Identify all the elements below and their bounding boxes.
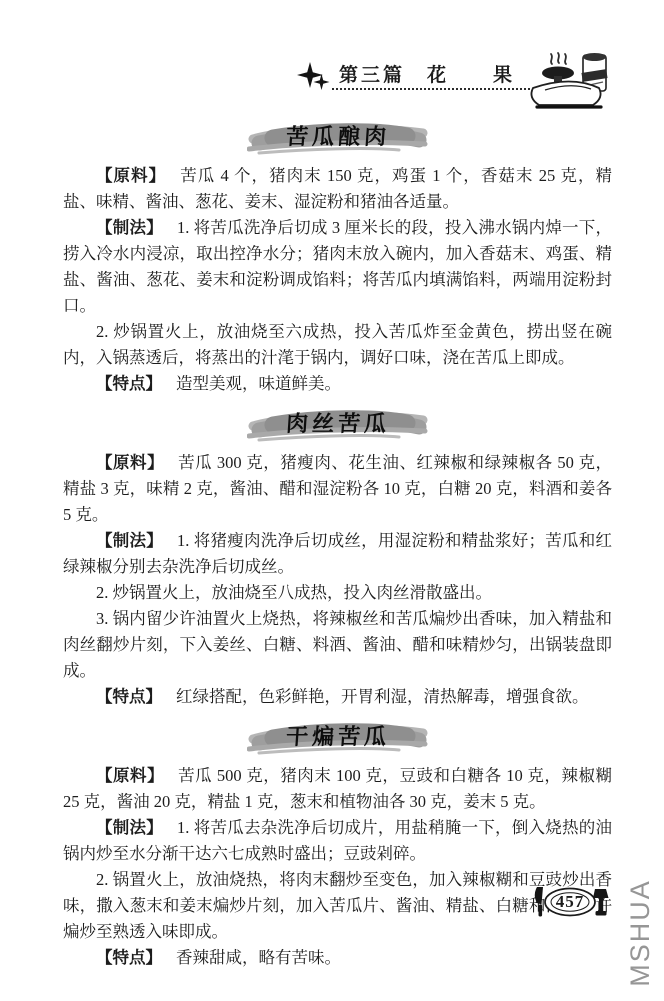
features-paragraph: 【特点】造型美观，味道鲜美。 xyxy=(63,371,612,397)
page-content: 第三篇 花 果 xyxy=(0,0,664,971)
recipe-section: 肉丝苦瓜 【原料】苦瓜 300 克，猪瘦肉、花生油、红辣椒和绿辣椒各 50 克，… xyxy=(63,406,612,710)
paragraph-text: 2. 炒锅置火上，放油烧至八成热，投入肉丝滑散盛出。 xyxy=(96,583,492,602)
ingredients-paragraph: 【原料】苦瓜 4 个，猪肉末 150 克，鸡蛋 1 个，香菇末 25 克，精盐、… xyxy=(63,163,612,215)
recipe-title: 肉丝苦瓜 xyxy=(245,406,430,444)
section-label: 【制法】 xyxy=(96,532,163,550)
method-paragraph: 2. 锅置火上，放油烧热，将肉末翻炒至变色，加入辣椒糊和豆豉炒出香味，撒入葱末和… xyxy=(63,867,612,945)
recipe-title-banner: 苦瓜酿肉 xyxy=(247,119,429,157)
book-page: 第三篇 花 果 xyxy=(0,0,664,1001)
method-paragraph: 【制法】1. 将苦瓜洗净后切成 3 厘米长的段，投入沸水锅内焯一下，捞入冷水内浸… xyxy=(63,215,612,319)
section-label: 【原料】 xyxy=(96,767,164,785)
page-number: 457 xyxy=(545,892,595,912)
ingredients-paragraph: 【原料】苦瓜 500 克，猪肉末 100 克，豆豉和白糖各 10 克，辣椒糊 2… xyxy=(63,763,612,815)
recipe-title: 干煸苦瓜 xyxy=(245,719,430,757)
features-paragraph: 【特点】红绿搭配，色彩鲜艳，开胃利湿，清热解毒，增强食欲。 xyxy=(63,684,612,710)
chapter-header: 第三篇 花 果 xyxy=(63,58,612,110)
steaming-pot-illustration xyxy=(525,48,619,117)
section-label: 【特点】 xyxy=(96,375,162,393)
knife-icon xyxy=(535,887,543,917)
recipe-title-banner: 肉丝苦瓜 xyxy=(247,406,429,444)
paragraph-text: 2. 锅置火上，放油烧热，将肉末翻炒至变色，加入辣椒糊和豆豉炒出香味，撒入葱末和… xyxy=(63,870,612,941)
section-label: 【制法】 xyxy=(96,219,163,237)
paragraph-text: 香辣甜咸，略有苦味。 xyxy=(176,948,341,967)
page-number-plate: 457 xyxy=(531,885,609,921)
method-paragraph: 【制法】1. 将猪瘦肉洗净后切成丝，用湿淀粉和精盐浆好；苦瓜和红绿辣椒分别去杂洗… xyxy=(63,528,612,580)
features-paragraph: 【特点】香辣甜咸，略有苦味。 xyxy=(63,945,612,971)
section-label: 【原料】 xyxy=(96,167,166,185)
method-paragraph: 3. 锅内留少许油置火上烧热，将辣椒丝和苦瓜煸炒出香味，加入精盐和肉丝翻炒片刻，… xyxy=(63,606,612,684)
paragraph-text: 2. 炒锅置火上，放油烧至六成热，投入苦瓜炸至金黄色，捞出竖在碗内，入锅蒸透后，… xyxy=(63,322,612,367)
method-paragraph: 【制法】1. 将苦瓜去杂洗净后切成片，用盐稍腌一下，倒入烧热的油锅内炒至水分渐干… xyxy=(63,815,612,867)
method-paragraph: 2. 炒锅置火上，放油烧至六成热，投入苦瓜炸至金黄色，捞出竖在碗内，入锅蒸透后，… xyxy=(63,319,612,371)
paragraph-text: 造型美观，味道鲜美。 xyxy=(176,374,341,393)
method-paragraph: 2. 炒锅置火上，放油烧至八成热，投入肉丝滑散盛出。 xyxy=(63,580,612,606)
section-label: 【特点】 xyxy=(96,949,162,967)
recipe-section: 苦瓜酿肉 【原料】苦瓜 4 个，猪肉末 150 克，鸡蛋 1 个，香菇末 25 … xyxy=(63,119,612,397)
paragraph-text: 红绿搭配，色彩鲜艳，开胃利湿，清热解毒，增强食欲。 xyxy=(176,687,589,706)
section-label: 【制法】 xyxy=(96,819,163,837)
recipe-title-banner: 干煸苦瓜 xyxy=(247,719,429,757)
section-label: 【原料】 xyxy=(96,454,164,472)
cooking-pot-icon xyxy=(525,48,619,112)
paragraph-text: 3. 锅内留少许油置火上烧热，将辣椒丝和苦瓜煸炒出香味，加入精盐和肉丝翻炒片刻，… xyxy=(63,609,612,680)
watermark-text: MSHUA xyxy=(625,863,655,1001)
recipe-title: 苦瓜酿肉 xyxy=(245,119,430,157)
ingredients-paragraph: 【原料】苦瓜 300 克，猪瘦肉、花生油、红辣椒和绿辣椒各 50 克，精盐 3 … xyxy=(63,450,612,528)
section-label: 【特点】 xyxy=(96,688,162,706)
recipe-section: 干煸苦瓜 【原料】苦瓜 500 克，猪肉末 100 克，豆豉和白糖各 10 克，… xyxy=(63,719,612,971)
